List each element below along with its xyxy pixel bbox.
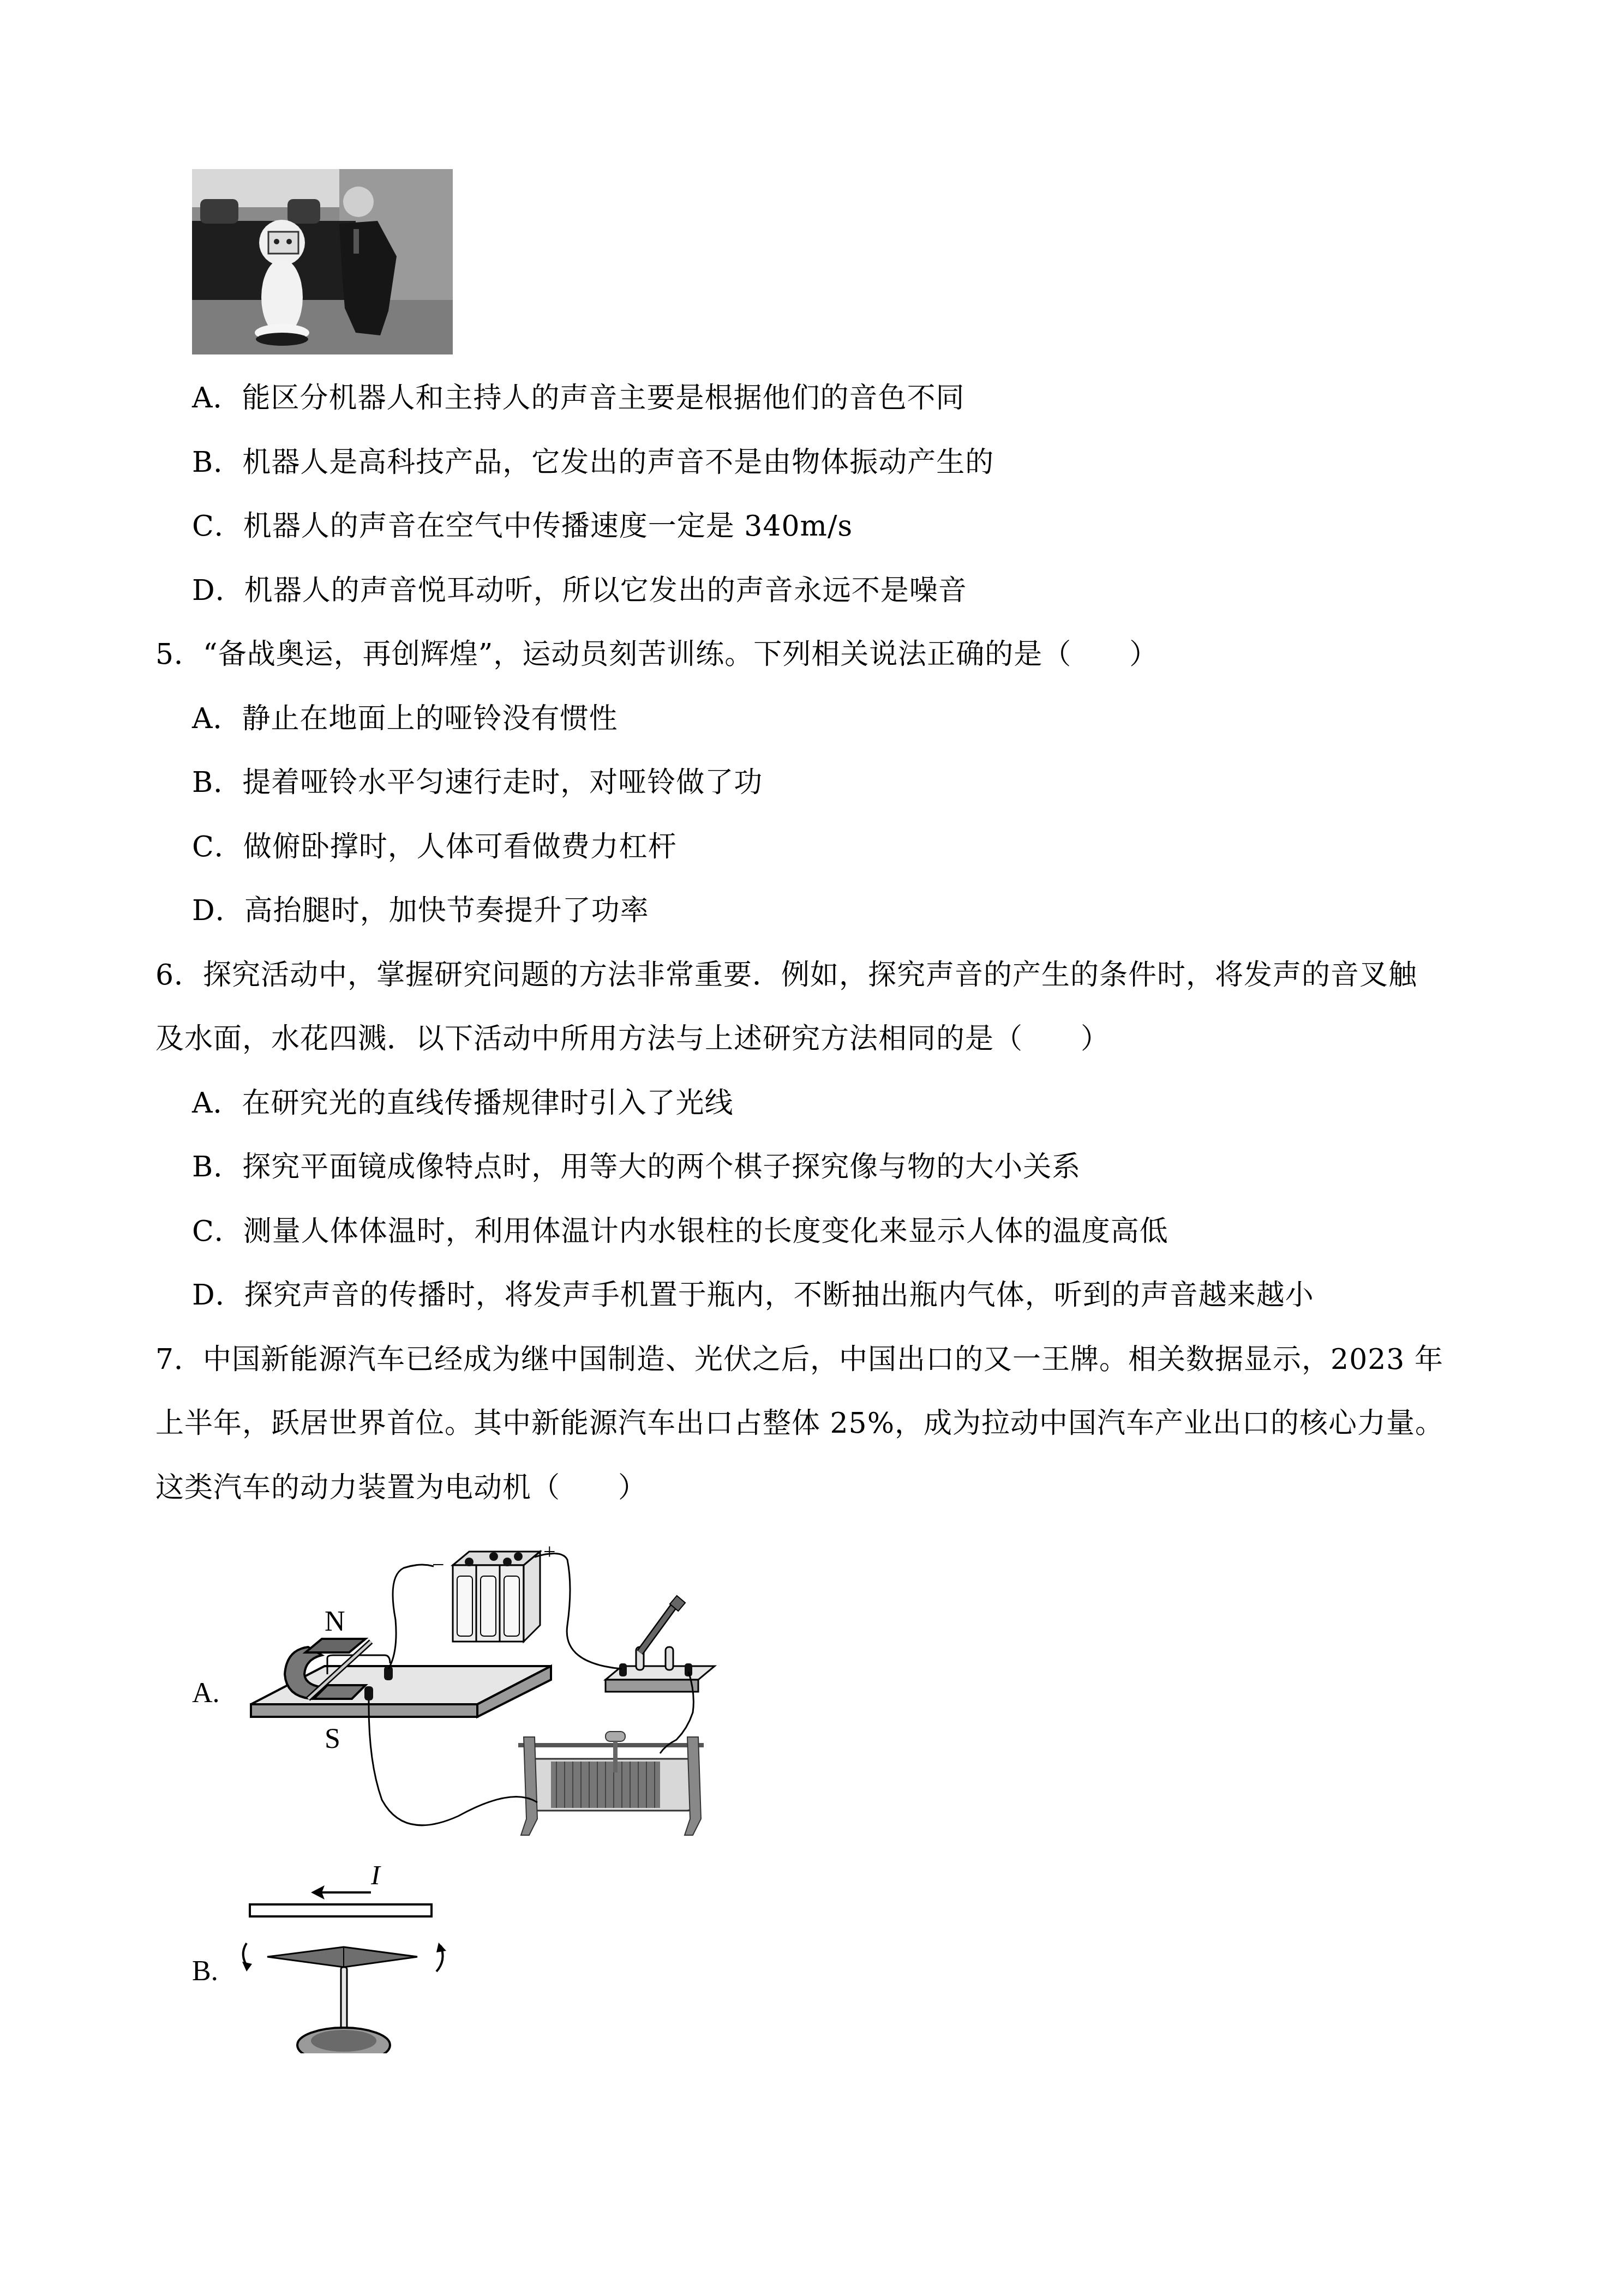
straight-wire: [250, 1904, 432, 1916]
q4-option-a: A．能区分机器人和主持人的声音主要是根据他们的音色不同: [192, 382, 965, 414]
q5-option-d: D．高抬腿时，加快节奏提升了功率: [192, 894, 649, 927]
compass-needle: [267, 1947, 417, 1967]
q7-stem-line3: 这类汽车的动力装置为电动机（ ）: [155, 1471, 647, 1504]
q7-option-a-label: A.: [192, 1677, 220, 1709]
q6-option-b: B．探究平面镜成像特点时，用等大的两个棋子探究像与物的大小关系: [192, 1151, 1081, 1183]
q6-option-d: D．探究声音的传播时，将发声手机置于瓶内，不断抽出瓶内气体，听到的声音越来越小: [192, 1279, 1314, 1312]
q5-option-a: A．静止在地面上的哑铃没有惯性: [192, 702, 618, 735]
q4-option-d: D．机器人的声音悦耳动听，所以它发出的声音永远不是噪音: [192, 574, 967, 607]
q7-stem-line2: 上半年，跃居世界首位。其中新能源汽车出口占整体 25%，成为拉动中国汽车产业出口…: [155, 1407, 1444, 1440]
robot-host-photo: [192, 169, 453, 354]
south-pole-label: S: [325, 1723, 340, 1754]
q6-option-a: A．在研究光的直线传播规律时引入了光线: [192, 1087, 734, 1120]
q5-stem: 5．“备战奥运，再创辉煌”，运动员刻苦训练。下列相关说法正确的是（ ）: [155, 638, 1158, 671]
q5-option-b: B．提着哑铃水平匀速行走时，对哑铃做了功: [192, 766, 763, 799]
wire-compass-figure: I: [235, 1857, 496, 2053]
q7-stem-line1: 7．中国新能源汽车已经成为继中国制造、光伏之后，中国出口的又一王牌。相关数据显示…: [155, 1343, 1443, 1376]
q6-stem-line1: 6．探究活动中，掌握研究问题的方法非常重要．例如，探究声音的产生的条件时，将发声…: [155, 959, 1417, 991]
north-pole-label: N: [325, 1606, 345, 1637]
q6-stem-line2: 及水面，水花四溅．以下活动中所用方法与上述研究方法相同的是（ ）: [155, 1023, 1110, 1055]
q7-option-b-label: B.: [192, 1955, 218, 1987]
q4-option-c: C．机器人的声音在空气中传播速度一定是 340m/s: [192, 510, 853, 543]
magnet-rail-circuit-figure: N S − +: [240, 1543, 731, 1849]
battery-minus-label: −: [432, 1552, 445, 1577]
current-label: I: [370, 1860, 381, 1890]
q5-option-c: C．做俯卧撑时，人体可看做费力杠杆: [192, 831, 677, 863]
q4-option-b: B．机器人是高科技产品，它发出的声音不是由物体振动产生的: [192, 446, 994, 479]
q6-option-c: C．测量人体体温时，利用体温计内水银柱的长度变化来显示人体的温度高低: [192, 1215, 1168, 1248]
